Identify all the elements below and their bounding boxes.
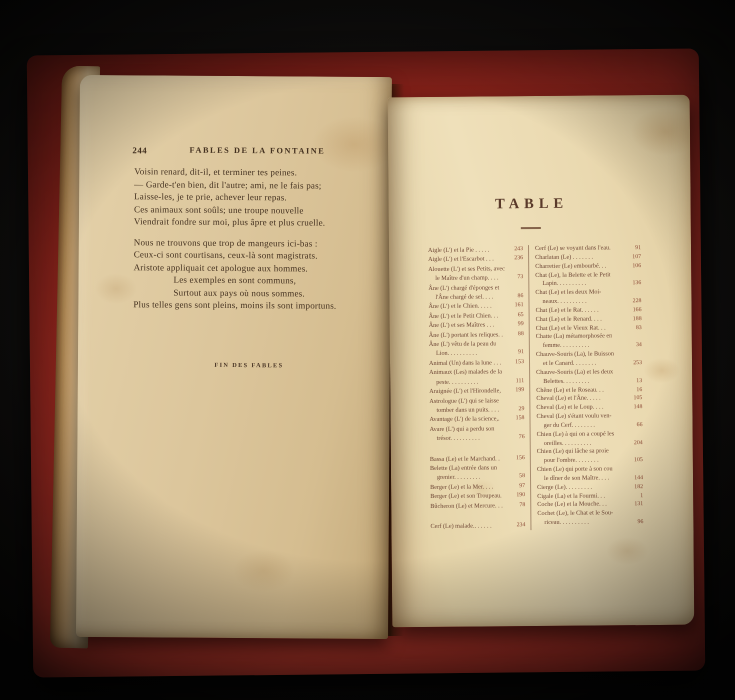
entry-page-number: 91: [518, 349, 524, 358]
entry-page-number: 156: [516, 454, 525, 463]
entry-title: Chat (Le), la Belette et le Petit: [535, 271, 611, 281]
verse-line: Ceux-ci sont courtisans, ceux-là sont ma…: [134, 248, 391, 262]
entry-page-number: 107: [632, 253, 641, 262]
entry-title: Berger (Le) et la Mer. . . .: [430, 482, 493, 492]
page-number: 244: [132, 145, 147, 155]
entry-title: Bûcheron (Le) et Mercure. . .: [430, 501, 503, 511]
table-column-right: Cerf (Le) se voyant dans l'eau.91Charlat…: [528, 244, 643, 530]
entry-page-number: 234: [517, 521, 526, 530]
entry-title: Âne (L') et le Chien. . . . .: [428, 302, 491, 312]
entry-page-number: 243: [514, 245, 523, 254]
entry-title: Cerf (Le) malade.. . . . . .: [430, 521, 491, 531]
verse-line: Viendrait fondre sur moi, plus âpre et p…: [134, 215, 391, 229]
entry-page-number: 99: [518, 320, 524, 329]
entry-page-number: 65: [518, 311, 524, 320]
entry-title: Cheval (Le) s'étant voulu ven-: [536, 412, 611, 421]
entry-page-number: 131: [634, 501, 643, 510]
entry-page-number: 158: [516, 414, 525, 423]
entry-page-number: 88: [518, 330, 524, 339]
entry-title: grenier. . . . . . . . .: [430, 473, 481, 483]
entry-page-number: 13: [636, 377, 642, 386]
entry-page-number: 166: [633, 306, 642, 315]
entry-page-number: 73: [517, 273, 523, 282]
table-entry: Cerf (Le) malade.. . . . . .234: [430, 521, 525, 531]
entry-title: le dîner de son Maître. . . .: [537, 474, 609, 483]
table-entry: riceau. . . . . . . . . .96: [537, 518, 643, 528]
entry-title: Aigle (L') et la Pie . . . . .: [428, 245, 489, 255]
entry-page-number: 204: [634, 439, 643, 448]
table-of-contents: Aigle (L') et la Pie . . . . .243Aigle (…: [428, 244, 693, 532]
entry-page-number: 188: [633, 315, 642, 324]
left-page: 244 FABLES DE LA FONTAINE Voisin renard,…: [76, 75, 392, 639]
entry-page-number: 153: [515, 358, 524, 367]
entry-page-number: 16: [636, 386, 642, 395]
verse-line: Aristote appliquait cet apologue aux hom…: [134, 261, 391, 275]
left-page-header: 244 FABLES DE LA FONTAINE: [134, 145, 366, 160]
entry-title: Chat (Le) et les deux Moi-: [535, 289, 601, 298]
book-photo: 244 FABLES DE LA FONTAINE Voisin renard,…: [0, 0, 735, 700]
entry-page-number: 86: [518, 292, 524, 301]
entry-title: Cerf (Le) se voyant dans l'eau.: [535, 244, 611, 254]
entry-title: Aigle (L') et l'Escarbot . . .: [428, 255, 494, 265]
entry-page-number: 97: [519, 482, 525, 491]
entry-title: Animaux (Les) malades de la: [429, 368, 502, 378]
entry-page-number: 199: [515, 386, 524, 395]
entry-page-number: 190: [516, 491, 525, 500]
entry-title: Avare (L') qui a perdu son: [430, 424, 495, 434]
entry-title: Lapin. . . . . . . . . .: [535, 280, 586, 289]
entry-page-number: 34: [636, 341, 642, 350]
entry-title: Chatte (La) métamorphosée en: [536, 333, 613, 343]
entry-page-number: 96: [637, 518, 643, 527]
entry-page-number: 78: [519, 501, 525, 510]
entry-title: Lion. . . . . . . . . .: [429, 349, 477, 359]
entry-page-number: 253: [633, 359, 642, 368]
entry-title: Belette (La) entrée dans un: [430, 463, 497, 473]
column-gap: [430, 443, 525, 455]
entry-page-number: 105: [634, 456, 643, 465]
verse-line: Plus telles gens sont pleins, moins ils …: [133, 298, 390, 312]
entry-page-number: 111: [516, 377, 524, 386]
right-page: TABLE Aigle (L') et la Pie . . . . .243A…: [388, 95, 695, 628]
entry-page-number: 144: [634, 474, 643, 483]
entry-page-number: 148: [634, 403, 643, 412]
entry-page-number: 136: [632, 279, 641, 288]
fin-des-fables-label: FIN DES FABLES: [133, 361, 365, 370]
entry-title: neaux. . . . . . . . . .: [535, 298, 586, 307]
title-rule: [521, 227, 541, 229]
entry-page-number: 58: [519, 472, 525, 481]
entry-title: peste. . . . . . . . . .: [429, 377, 478, 387]
entry-title: Chauve-Souris (La) et les deux: [536, 368, 613, 378]
verse-line: Voisin renard, dit-il, et terminer tes p…: [134, 165, 391, 179]
verse-line: Laisse-les, je te prie, achever leur rep…: [134, 190, 391, 204]
entry-page-number: 83: [636, 324, 642, 333]
entry-page-number: 106: [632, 262, 641, 271]
table-title: TABLE: [427, 195, 637, 214]
entry-page-number: 1: [640, 492, 643, 501]
entry-page-number: 76: [519, 433, 525, 442]
entry-title: Chien (Le) à qui on a coupé les: [537, 430, 615, 440]
entry-page-number: 182: [634, 483, 643, 492]
entry-page-number: 161: [515, 302, 524, 311]
table-column-left: Aigle (L') et la Pie . . . . .243Aigle (…: [428, 245, 530, 531]
entry-page-number: 66: [637, 421, 643, 430]
entry-title: l'Âne chargé de sel. . . .: [428, 292, 493, 302]
entry-title: trésor. . . . . . . . . .: [430, 434, 480, 444]
entry-page-number: 228: [633, 297, 642, 306]
running-header: FABLES DE LA FONTAINE: [134, 145, 366, 156]
entry-title: Chauve-Souris (La), le Buisson: [536, 350, 614, 360]
verse-stanza: Nous ne trouvons que trop de mangeurs ic…: [133, 236, 391, 313]
entry-title: Âne (L') et ses Maîtres . . .: [429, 321, 495, 331]
column-gap: [430, 510, 525, 522]
entry-page-number: 236: [514, 255, 523, 264]
verse-text: Voisin renard, dit-il, et terminer tes p…: [133, 165, 391, 312]
entry-title: Âne (L') vêtu de la peau du: [429, 339, 497, 349]
verse-stanza: Voisin renard, dit-il, et terminer tes p…: [134, 165, 391, 229]
entry-title: riceau. . . . . . . . . .: [537, 519, 589, 528]
entry-page-number: 105: [633, 394, 642, 403]
entry-page-number: 29: [518, 405, 524, 414]
entry-page-number: 91: [635, 244, 641, 253]
entry-title: Cochet (Le), le Chat et le Sou-: [537, 510, 613, 520]
